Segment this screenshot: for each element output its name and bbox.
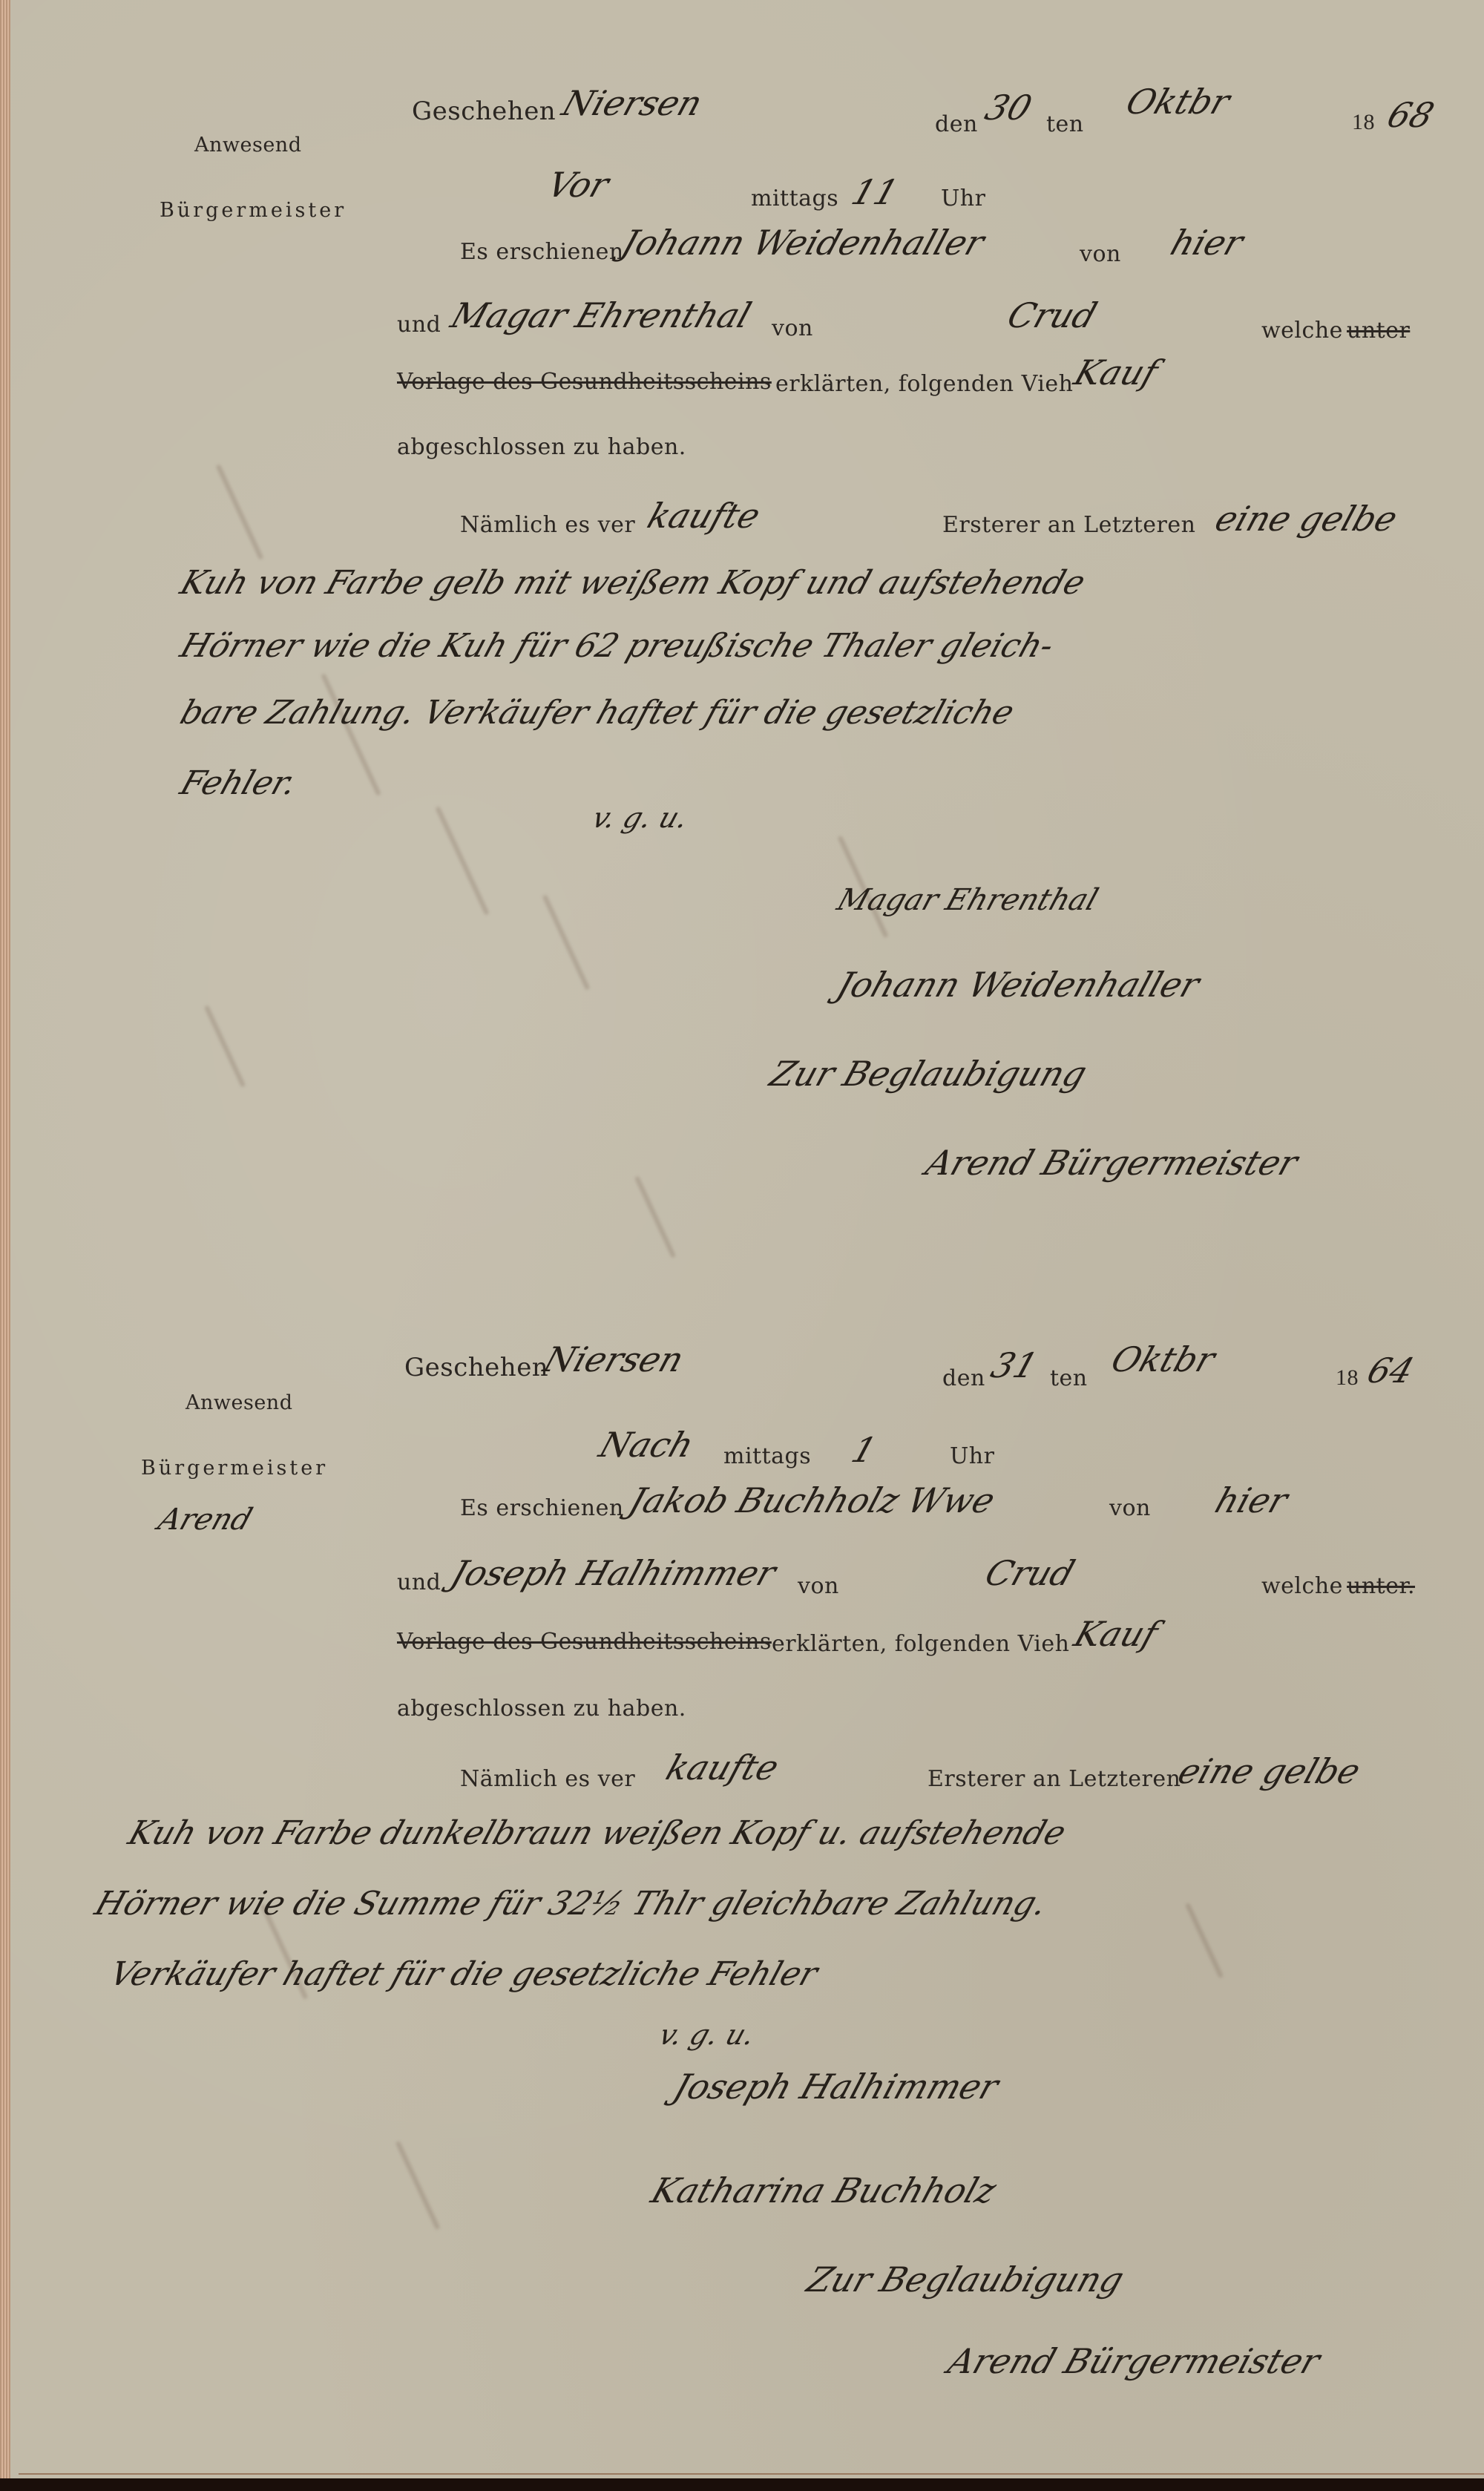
abgeschlossen-label: abgeschlossen zu haben. <box>397 434 686 460</box>
sale-verb: kaufte <box>643 496 765 536</box>
signature-1: Magar Ehrenthal <box>833 883 1103 917</box>
body-line-4: Fehler. <box>176 764 301 802</box>
party2-origin: Crud <box>1002 295 1102 335</box>
closing-vgu: v. g. u. <box>588 801 692 834</box>
body-line-2: Hörner wie die Kuh für 62 preußische Tha… <box>176 627 1059 665</box>
party2-origin: Crud <box>980 1553 1080 1593</box>
buergermeister-label: Bürgermeister <box>160 199 347 222</box>
body-line-3: Verkäufer haftet für die gesetzliche Feh… <box>105 1955 823 1993</box>
party1-origin: hier <box>1166 223 1248 263</box>
naemlich-label: Nämlich es ver <box>460 1766 635 1792</box>
welche-label: welche <box>1261 318 1343 344</box>
year-prefix: 18 <box>1336 1365 1359 1391</box>
body-line-2: Hörner wie die Summe für 32½ Thlr gleich… <box>91 1885 1052 1923</box>
hour-value: 1 <box>847 1430 881 1470</box>
geschehen-label: Geschehen <box>404 1353 548 1382</box>
transaction-value: Kauf <box>1069 352 1163 393</box>
transaction-value: Kauf <box>1069 1614 1163 1654</box>
signature-2: Katharina Buchholz <box>646 2170 1001 2211</box>
signature-2: Johann Weidenhaller <box>832 965 1204 1005</box>
signature-1: Joseph Halhimmer <box>669 2067 1003 2107</box>
body-line-3: bare Zahlung. Verkäufer haftet für die g… <box>176 694 1019 732</box>
day-value: 30 <box>980 88 1037 128</box>
day-value: 31 <box>986 1345 1043 1385</box>
object-start: eine gelbe <box>1210 499 1402 539</box>
von-label-1: von <box>1109 1495 1151 1521</box>
hour-value: 11 <box>847 172 903 212</box>
party2-name: Magar Ehrenthal <box>446 295 756 335</box>
abgeschlossen-label: abgeschlossen zu haben. <box>397 1696 686 1722</box>
vorlage-label-struck: Vorlage des Gesundheitsscheins <box>397 369 772 395</box>
mittags-label: mittags <box>751 186 838 211</box>
mayor-signature: Arend Bürgermeister <box>921 1143 1303 1183</box>
object-start: eine gelbe <box>1173 1751 1365 1791</box>
month-value: Oktbr <box>1121 82 1235 122</box>
unter-label-struck: unter. <box>1347 1573 1415 1599</box>
closing-vgu: v. g. u. <box>655 2018 759 2051</box>
page-bottom-edge <box>19 2473 1484 2475</box>
book-spine-edge <box>0 0 10 2478</box>
mittags-label: mittags <box>723 1443 811 1469</box>
month-value: Oktbr <box>1106 1339 1220 1379</box>
uhr-label: Uhr <box>950 1443 994 1469</box>
geschehen-label: Geschehen <box>412 96 556 126</box>
document-page: Anwesend Bürgermeister Geschehen Niersen… <box>0 0 1484 2478</box>
welche-label: welche <box>1261 1573 1343 1599</box>
es-erschienen-label: Es erschienen <box>460 239 624 265</box>
von-label-2: von <box>798 1573 839 1599</box>
erklaerten-label: erklärten, folgenden Vieh <box>775 371 1073 397</box>
ersterer-label: Ersterer an Letzteren <box>927 1766 1181 1792</box>
buergermeister-label: Bürgermeister <box>141 1457 328 1480</box>
time-of-day-value: Nach <box>594 1425 699 1465</box>
body-line-1: Kuh von Farbe gelb mit weißem Kopf und a… <box>176 564 1090 602</box>
vorlage-label-struck: Vorlage des Gesundheitsscheins <box>397 1629 772 1655</box>
erklaerten-label: erklärten, folgenden Vieh <box>772 1631 1069 1657</box>
place-value: Niersen <box>557 83 707 123</box>
den-label: den <box>935 111 978 137</box>
sale-verb: kaufte <box>661 1747 784 1788</box>
und-label: und <box>397 1569 441 1595</box>
party1-origin: hier <box>1210 1480 1293 1520</box>
den-label: den <box>942 1365 985 1391</box>
attestation-label: Zur Beglaubigung <box>765 1054 1091 1094</box>
von-label-2: von <box>772 315 813 341</box>
margin-mayor-signature: Arend <box>154 1503 257 1537</box>
ten-label: ten <box>1050 1365 1088 1391</box>
year-prefix: 18 <box>1352 110 1375 135</box>
attestation-label: Zur Beglaubigung <box>802 2259 1129 2300</box>
year-suffix-value: 68 <box>1382 95 1439 135</box>
party2-name: Joseph Halhimmer <box>446 1553 781 1593</box>
von-label-1: von <box>1080 241 1121 267</box>
year-suffix-value: 64 <box>1362 1350 1419 1391</box>
uhr-label: Uhr <box>941 186 985 211</box>
mayor-signature: Arend Bürgermeister <box>943 2341 1325 2381</box>
anwesend-label: Anwesend <box>185 1391 292 1414</box>
unter-label-struck: unter <box>1347 318 1410 344</box>
ten-label: ten <box>1046 111 1084 137</box>
ersterer-label: Ersterer an Letzteren <box>942 512 1195 538</box>
es-erschienen-label: Es erschienen <box>460 1495 624 1521</box>
und-label: und <box>397 312 441 338</box>
place-value: Niersen <box>539 1339 689 1379</box>
anwesend-label: Anwesend <box>194 134 301 157</box>
party1-name: Jakob Buchholz Wwe <box>624 1480 1000 1520</box>
party1-name: Johann Weidenhaller <box>617 223 989 263</box>
naemlich-label: Nämlich es ver <box>460 512 635 538</box>
body-line-1: Kuh von Farbe dunkelbraun weißen Kopf u.… <box>124 1814 1071 1852</box>
time-of-day-value: Vor <box>542 165 614 205</box>
